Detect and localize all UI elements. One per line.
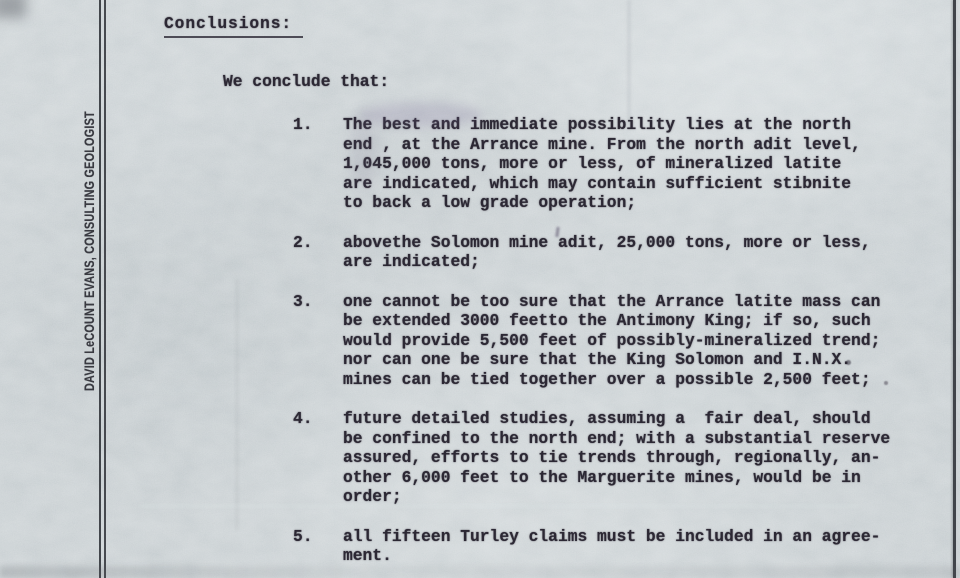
- item-text: one cannot be too sure that the Arrance …: [343, 292, 880, 390]
- paper-crease: [236, 280, 238, 530]
- corner-smudge: [0, 0, 26, 18]
- intro-line: We conclude that:: [223, 72, 389, 92]
- conclusion-item-2: 2. abovethe Solomon mine adit, 25,000 to…: [293, 233, 913, 272]
- conclusion-item-4: 4. future detailed studies, assuming a f…: [293, 409, 913, 507]
- bottom-shade: [0, 566, 960, 578]
- item-text: The best and immediate possibility lies …: [343, 115, 861, 213]
- item-number: 5.: [293, 527, 343, 566]
- letterhead-text: DAVID LeCOUNT EVANS, CONSULTING GEOLOGIS…: [82, 111, 97, 391]
- conclusion-item-1: 1. The best and immediate possibility li…: [293, 115, 913, 213]
- scan-edge-line: [953, 0, 956, 578]
- scanned-document-page: DAVID LeCOUNT EVANS, CONSULTING GEOLOGIS…: [0, 0, 960, 578]
- item-number: 3.: [293, 292, 343, 390]
- item-number: 2.: [293, 233, 343, 272]
- item-text: future detailed studies, assuming a fair…: [343, 409, 890, 507]
- conclusions-list: 1. The best and immediate possibility li…: [293, 115, 913, 566]
- conclusions-heading: Conclusions:: [164, 14, 303, 38]
- item-number: 4.: [293, 409, 343, 507]
- paper-crease: [628, 0, 630, 125]
- item-text: all fifteen Turley claims must be includ…: [343, 527, 880, 566]
- conclusion-item-3: 3. one cannot be too sure that the Arran…: [293, 292, 913, 390]
- item-text: abovethe Solomon mine adit, 25,000 tons,…: [343, 233, 871, 272]
- letterhead-double-rule: [99, 0, 106, 578]
- conclusion-item-5: 5. all fifteen Turley claims must be inc…: [293, 527, 913, 566]
- item-number: 1.: [293, 115, 343, 213]
